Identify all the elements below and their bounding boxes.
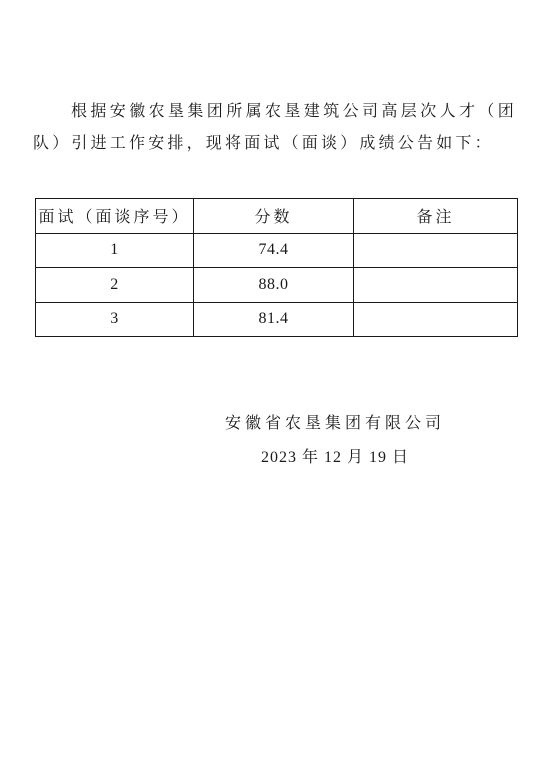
header-score: 分数 — [194, 199, 354, 234]
table-row: 3 81.4 — [36, 302, 518, 337]
cell-score: 74.4 — [194, 233, 354, 268]
table-row: 1 74.4 — [36, 233, 518, 268]
signature-block: 安徽省农垦集团有限公司 2023 年 12 月 19 日 — [185, 407, 485, 475]
score-table: 面试（面谈序号） 分数 备注 1 74.4 2 88.0 3 81.4 — [35, 198, 518, 337]
table-header-row: 面试（面谈序号） 分数 备注 — [36, 199, 518, 234]
cell-interview-number: 1 — [36, 233, 194, 268]
cell-interview-number: 3 — [36, 302, 194, 337]
table-row: 2 88.0 — [36, 268, 518, 303]
header-interview-number: 面试（面谈序号） — [36, 199, 194, 234]
cell-remark — [354, 268, 518, 303]
intro-paragraph: 根据安徽农垦集团所属农垦建筑公司高层次人才（团队）引进工作安排，现将面试（面谈）… — [33, 96, 517, 160]
document-page: 根据安徽农垦集团所属农垦建筑公司高层次人才（团队）引进工作安排，现将面试（面谈）… — [0, 0, 550, 762]
header-remark: 备注 — [354, 199, 518, 234]
cell-score: 81.4 — [194, 302, 354, 337]
cell-remark — [354, 302, 518, 337]
cell-remark — [354, 233, 518, 268]
cell-interview-number: 2 — [36, 268, 194, 303]
signature-date: 2023 年 12 月 19 日 — [185, 441, 485, 475]
cell-score: 88.0 — [194, 268, 354, 303]
signature-organization: 安徽省农垦集团有限公司 — [185, 407, 485, 441]
